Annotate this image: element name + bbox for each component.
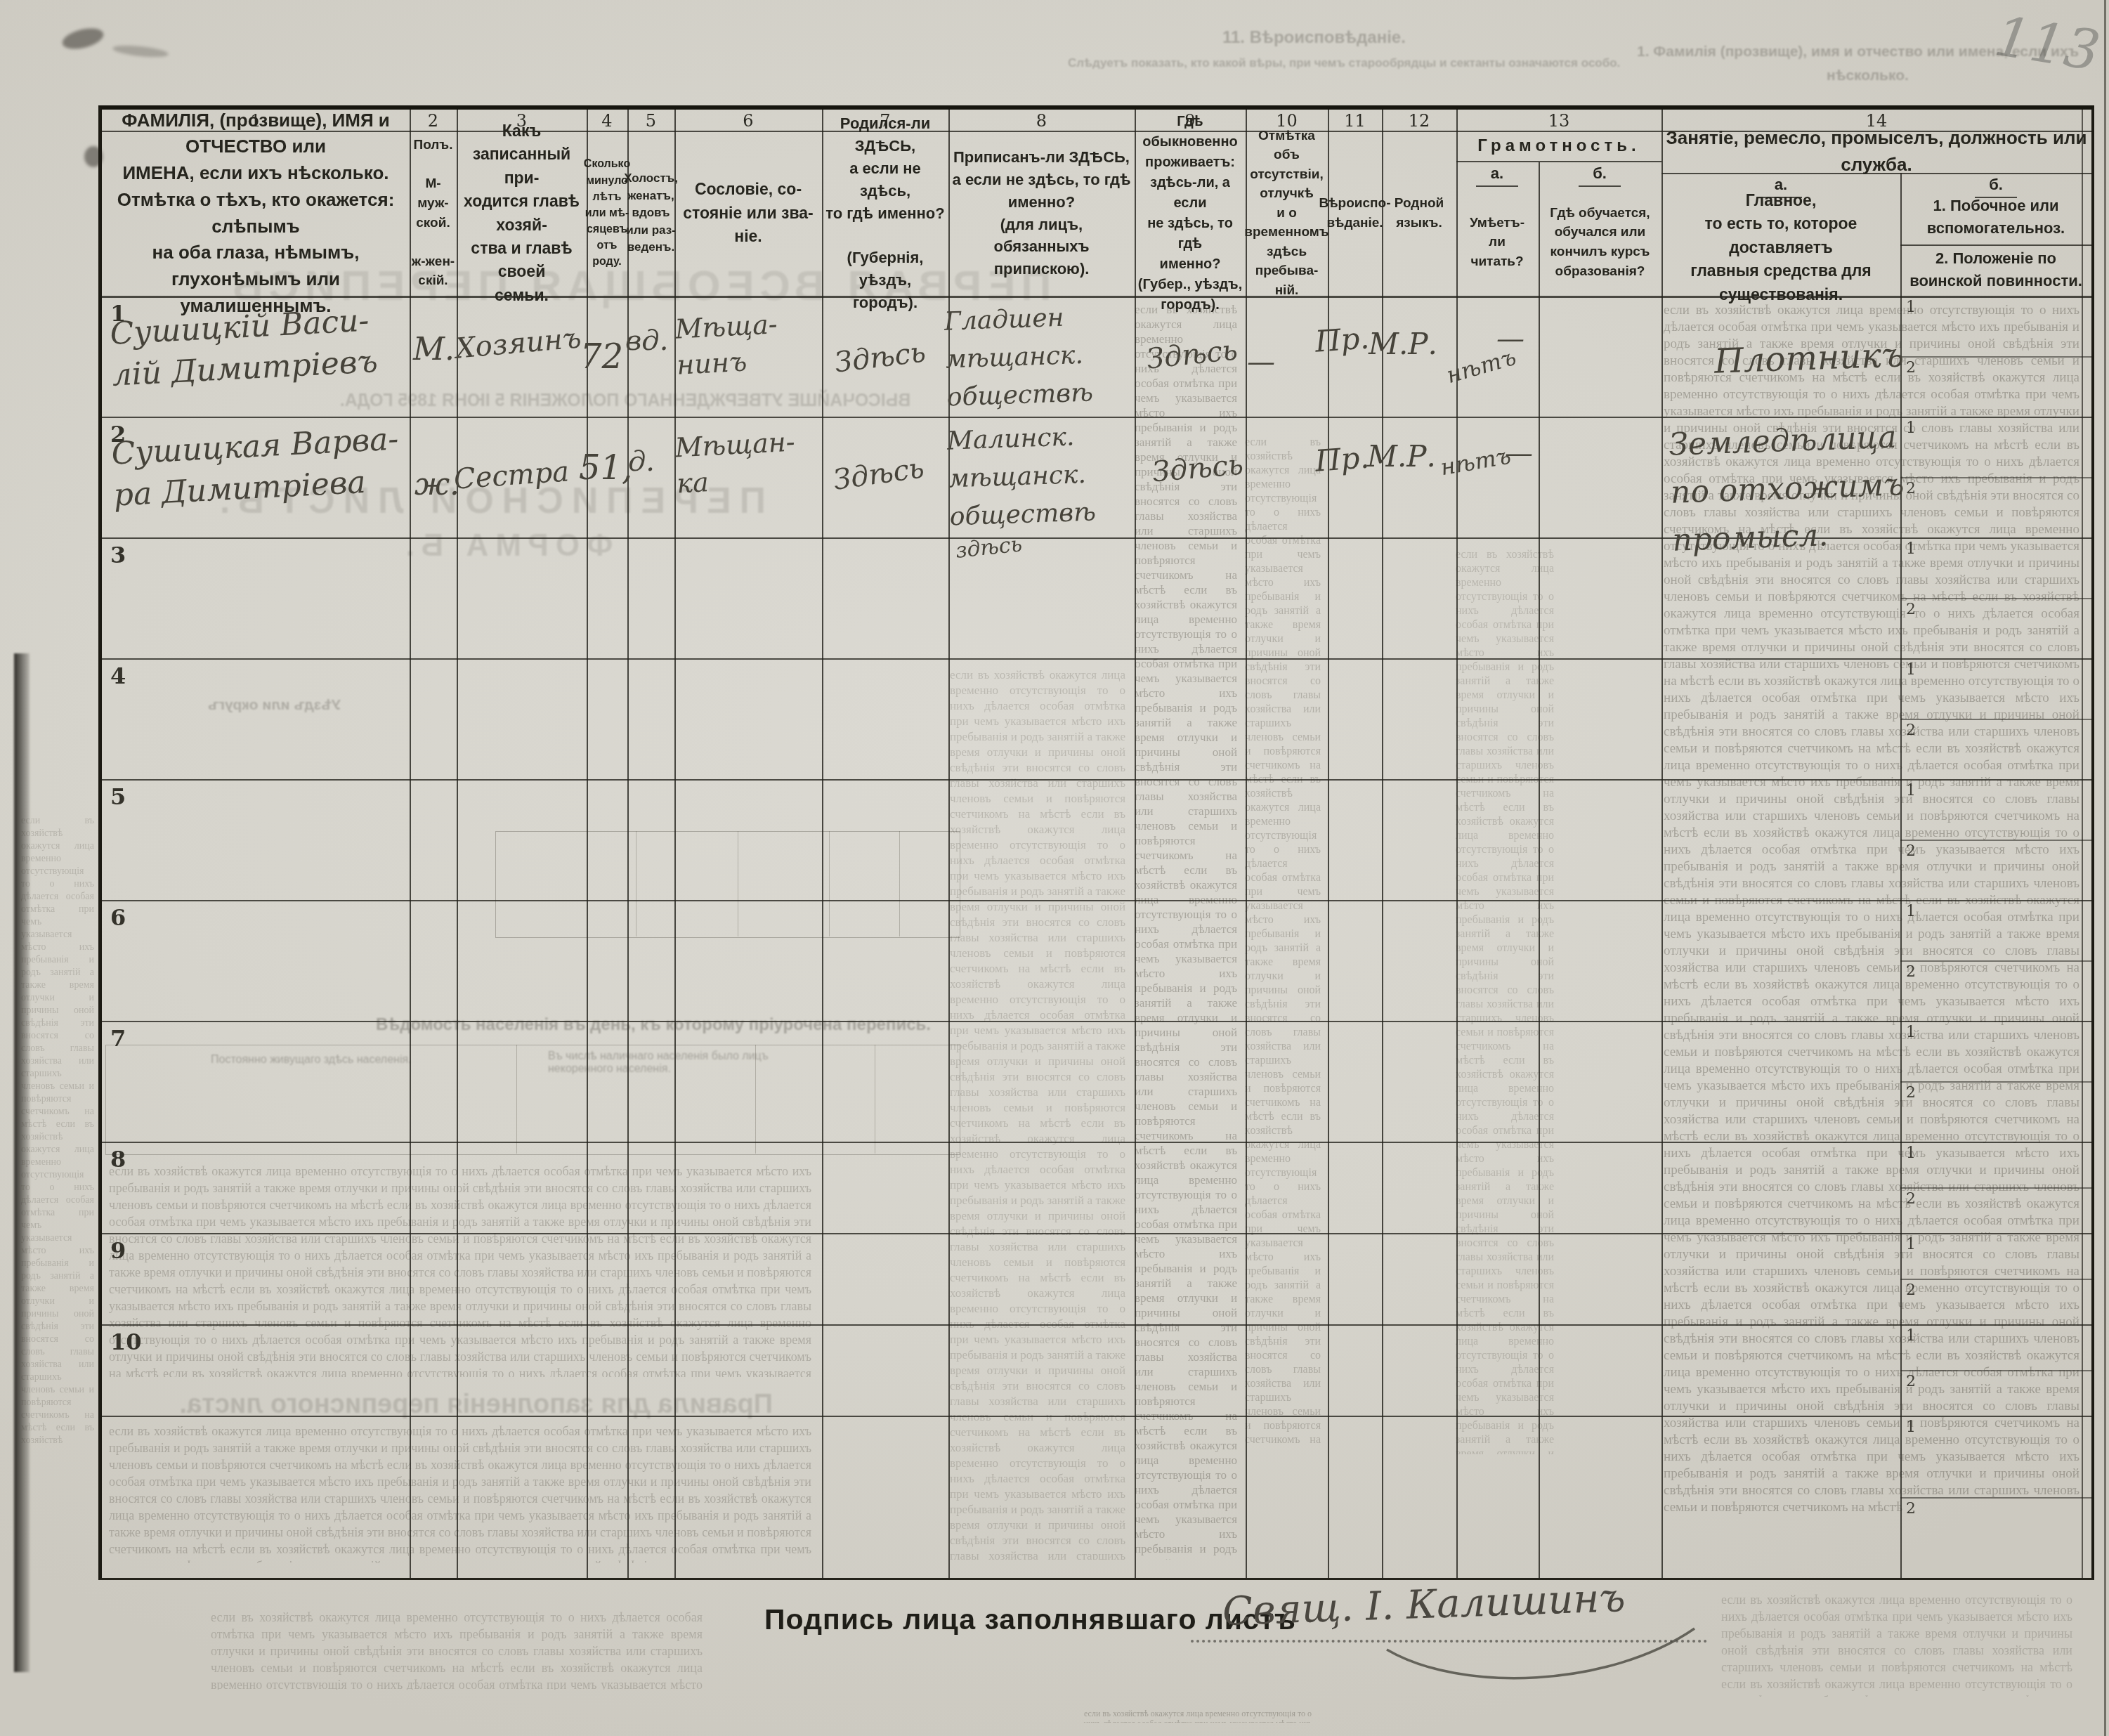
- header-estate: Сословіе, со- стояніе или зва- ніе.: [677, 132, 819, 294]
- bleed-top-right-line2: нѣсколько.: [1827, 67, 1909, 84]
- header-sex: Полъ. М-муж- ской. ж-жен- скій.: [411, 132, 455, 294]
- bleed-faith-heading: 11. Вѣроисповѣданіе.: [1222, 28, 1406, 48]
- subrow-label-secondary: 1: [1906, 661, 1916, 679]
- row-number: 5: [110, 783, 126, 810]
- entry-residence: Здѣсь: [1151, 445, 1245, 491]
- header-religion: Вѣроиспо- вѣданіе.: [1329, 132, 1380, 294]
- subrow-label-military: 2: [1906, 1190, 1916, 1208]
- header-language: Родной языкъ.: [1383, 132, 1455, 294]
- header-birthplace: Родился-ли ЗДѢСЬ, а если не здѣсь, то гд…: [825, 132, 946, 294]
- header-occupation-military: 2. Положеніе по воинской повинности.: [1905, 247, 2087, 292]
- col-number: 11: [1328, 111, 1382, 129]
- entry-age: 72: [580, 334, 623, 380]
- entry-sex: М.: [413, 329, 455, 370]
- signature-label: Подпись лица заполнявшаго листъ: [764, 1603, 1296, 1636]
- row-divider: [102, 658, 2091, 660]
- subrow-divider: [1900, 840, 2091, 841]
- subrow-divider: [1900, 960, 2091, 962]
- subrow-label-military: 2: [1906, 842, 1916, 860]
- entry-language: М.Р.: [1367, 437, 1436, 477]
- entry-religion: Пр.: [1314, 438, 1371, 481]
- header-occupation-main: Главное, то есть то, которое доставляетъ…: [1666, 201, 1896, 294]
- entry-registration: Малинск. мѣщанск. обществѣ: [946, 417, 1097, 536]
- header-literacy-education: Гдѣ обучается, обучался или кончилъ курс…: [1540, 190, 1660, 294]
- row-divider: [102, 1021, 2091, 1022]
- subrow-label-secondary: 1: [1906, 299, 1916, 316]
- subrow-label-secondary: 1: [1906, 903, 1916, 920]
- entry-marital: вд.: [625, 322, 668, 360]
- subrow-label-military: 2: [1906, 359, 1916, 377]
- row-divider: [102, 900, 2091, 901]
- subrow-divider: [1900, 1081, 2091, 1083]
- header-literacy-title: Грамотность.: [1456, 132, 1661, 160]
- row-number: 10: [110, 1329, 142, 1355]
- row-divider: [102, 1142, 2091, 1143]
- subrow-divider: [1900, 719, 2091, 720]
- col-number: 12: [1382, 111, 1456, 129]
- subrow-label-secondary: 1: [1906, 1144, 1916, 1162]
- row-divider: [102, 1416, 2091, 1417]
- header-absence: Отмѣтка объ отсутствіи, отлучкѣ и о врем…: [1247, 132, 1326, 294]
- subrow-divider: [1900, 356, 2091, 358]
- entry-literacy-education: —: [1505, 434, 1533, 472]
- subrow-divider: [1900, 1370, 2091, 1371]
- entry-religion: Пр.: [1314, 318, 1371, 362]
- subrow-label-secondary: 1: [1906, 540, 1916, 558]
- subrow-label-military: 2: [1906, 1373, 1916, 1390]
- row-divider: [102, 779, 2091, 781]
- entry-estate: Мѣщан- ка: [674, 424, 797, 502]
- row-number: 9: [110, 1237, 126, 1264]
- entry-relation: Сестра: [452, 452, 570, 498]
- bleed-through-text: если въ хозяйствѣ окажутся лица временно…: [1721, 1591, 2072, 1697]
- col-number: 2: [410, 111, 457, 129]
- subrow-divider: [1900, 1497, 2091, 1499]
- header-relation: Какъ записанный при- ходится главѣ хозяй…: [459, 132, 584, 294]
- ink-smudge: [112, 44, 169, 59]
- header-occupation-title: Занятіе, ремесло, промыселъ, должность и…: [1661, 132, 2091, 171]
- signature-flourish: [1377, 1623, 1707, 1707]
- entry-marital: д.: [628, 443, 655, 481]
- entry-language: М.Р.: [1369, 325, 1437, 365]
- col-number: 8: [948, 111, 1135, 129]
- ink-smudge: [60, 25, 106, 53]
- bleed-through-text: если въ хозяйствѣ окажутся лица временно…: [211, 1609, 703, 1690]
- subrow-label-secondary: 1: [1906, 782, 1916, 800]
- row-number: 7: [110, 1025, 126, 1052]
- census-sheet-scan: 113 ПЕРВАЯ ВСЕОБЩАЯ ПЕРЕПИСЬ ВЫСОЧАЙШЕ У…: [0, 0, 2109, 1736]
- header-literacy-read: Умѣетъ- ли читать?: [1458, 190, 1536, 294]
- col-number: 6: [674, 111, 822, 129]
- subrow-divider: [1900, 477, 2091, 478]
- header-literacy-b-label: б.: [1579, 164, 1621, 187]
- row-divider: [102, 1233, 2091, 1234]
- subrow-label-secondary: 1: [1906, 1418, 1916, 1436]
- subrow-label-military: 2: [1906, 722, 1916, 739]
- row-number: 6: [110, 904, 126, 931]
- subrow-label-secondary: 1: [1906, 419, 1916, 437]
- header-marital: Холостъ, женатъ, вдовъ или раз- веденъ.: [629, 132, 673, 294]
- entry-name: Сушицкій Васи- лій Димитріевъ: [109, 299, 379, 396]
- subrow-divider: [1900, 598, 2091, 599]
- row-number: 8: [110, 1146, 126, 1173]
- subrow-label-military: 2: [1906, 963, 1916, 981]
- subrow-divider: [1900, 1187, 2091, 1189]
- bleed-faith-line: Слѣдуетъ показать, кто какой вѣры, при ч…: [1068, 56, 1700, 70]
- header-age: Сколько минуло лѣтъ или мѣ- сяцевъ отъ р…: [587, 132, 627, 294]
- subrow-label-military: 2: [1906, 601, 1916, 618]
- header-residence: Гдѣ обыкновенно проживаетъ: здѣсь-ли, а …: [1136, 132, 1244, 294]
- entry-literacy-education: —: [1496, 320, 1524, 358]
- subrow-label-military: 2: [1906, 1281, 1916, 1299]
- entry-absence: —: [1247, 343, 1275, 381]
- subrow-divider: [1900, 1279, 2091, 1280]
- imprint-fine-print: если въ хозяйствѣ окажутся лица временно…: [1082, 1709, 1314, 1723]
- subrow-label-military: 2: [1906, 480, 1916, 497]
- scan-edge-right: [2104, 0, 2106, 1736]
- subrow-label-military: 2: [1906, 1500, 1916, 1518]
- header-literacy-a-label: а.: [1476, 164, 1518, 187]
- entry-occupation: Плотникъ: [1713, 332, 1905, 384]
- entry-registration: Гладшен мѣщанск. обществѣ: [943, 298, 1094, 417]
- row-number: 3: [110, 542, 126, 568]
- entry-name: Сушицкая Варва- ра Димитріева: [110, 418, 402, 516]
- subrow-label-secondary: 1: [1906, 1327, 1916, 1345]
- col-number: 5: [627, 111, 674, 129]
- entry-occupation: Земледѣлица по отхожимъ промысл.: [1669, 413, 1907, 565]
- entry-estate: Мѣща- нинъ: [674, 306, 780, 384]
- col-number: 4: [587, 111, 627, 129]
- header-registration: Приписанъ-ли ЗДѢСЬ, а если не здѣсь, то …: [951, 132, 1132, 294]
- row-number: 4: [110, 663, 126, 689]
- subrow-label-secondary: 1: [1906, 1236, 1916, 1253]
- col-number: 13: [1456, 111, 1661, 129]
- census-table: 1 2 3 4 5 6 7 8 9 10 11 12 13 14 ФАМИЛІЯ…: [98, 105, 2094, 1580]
- subrow-label-military: 2: [1906, 1084, 1916, 1102]
- row-divider: [102, 1324, 2091, 1326]
- bleed-top-right-line1: 1. Фамилія (прозвище), имя и отчество ил…: [1637, 44, 2079, 60]
- header-occupation-secondary: 1. Побочное или вспомогательноз.: [1905, 192, 2087, 242]
- subrow-label-secondary: 1: [1906, 1024, 1916, 1041]
- header-name: ФАМИЛІЯ, (прозвище), ИМЯ и ОТЧЕСТВО или …: [107, 132, 404, 294]
- entry-age: 51,: [579, 445, 632, 491]
- bleed-through-text: если въ хозяйствѣ окажутся лица временно…: [21, 815, 94, 1447]
